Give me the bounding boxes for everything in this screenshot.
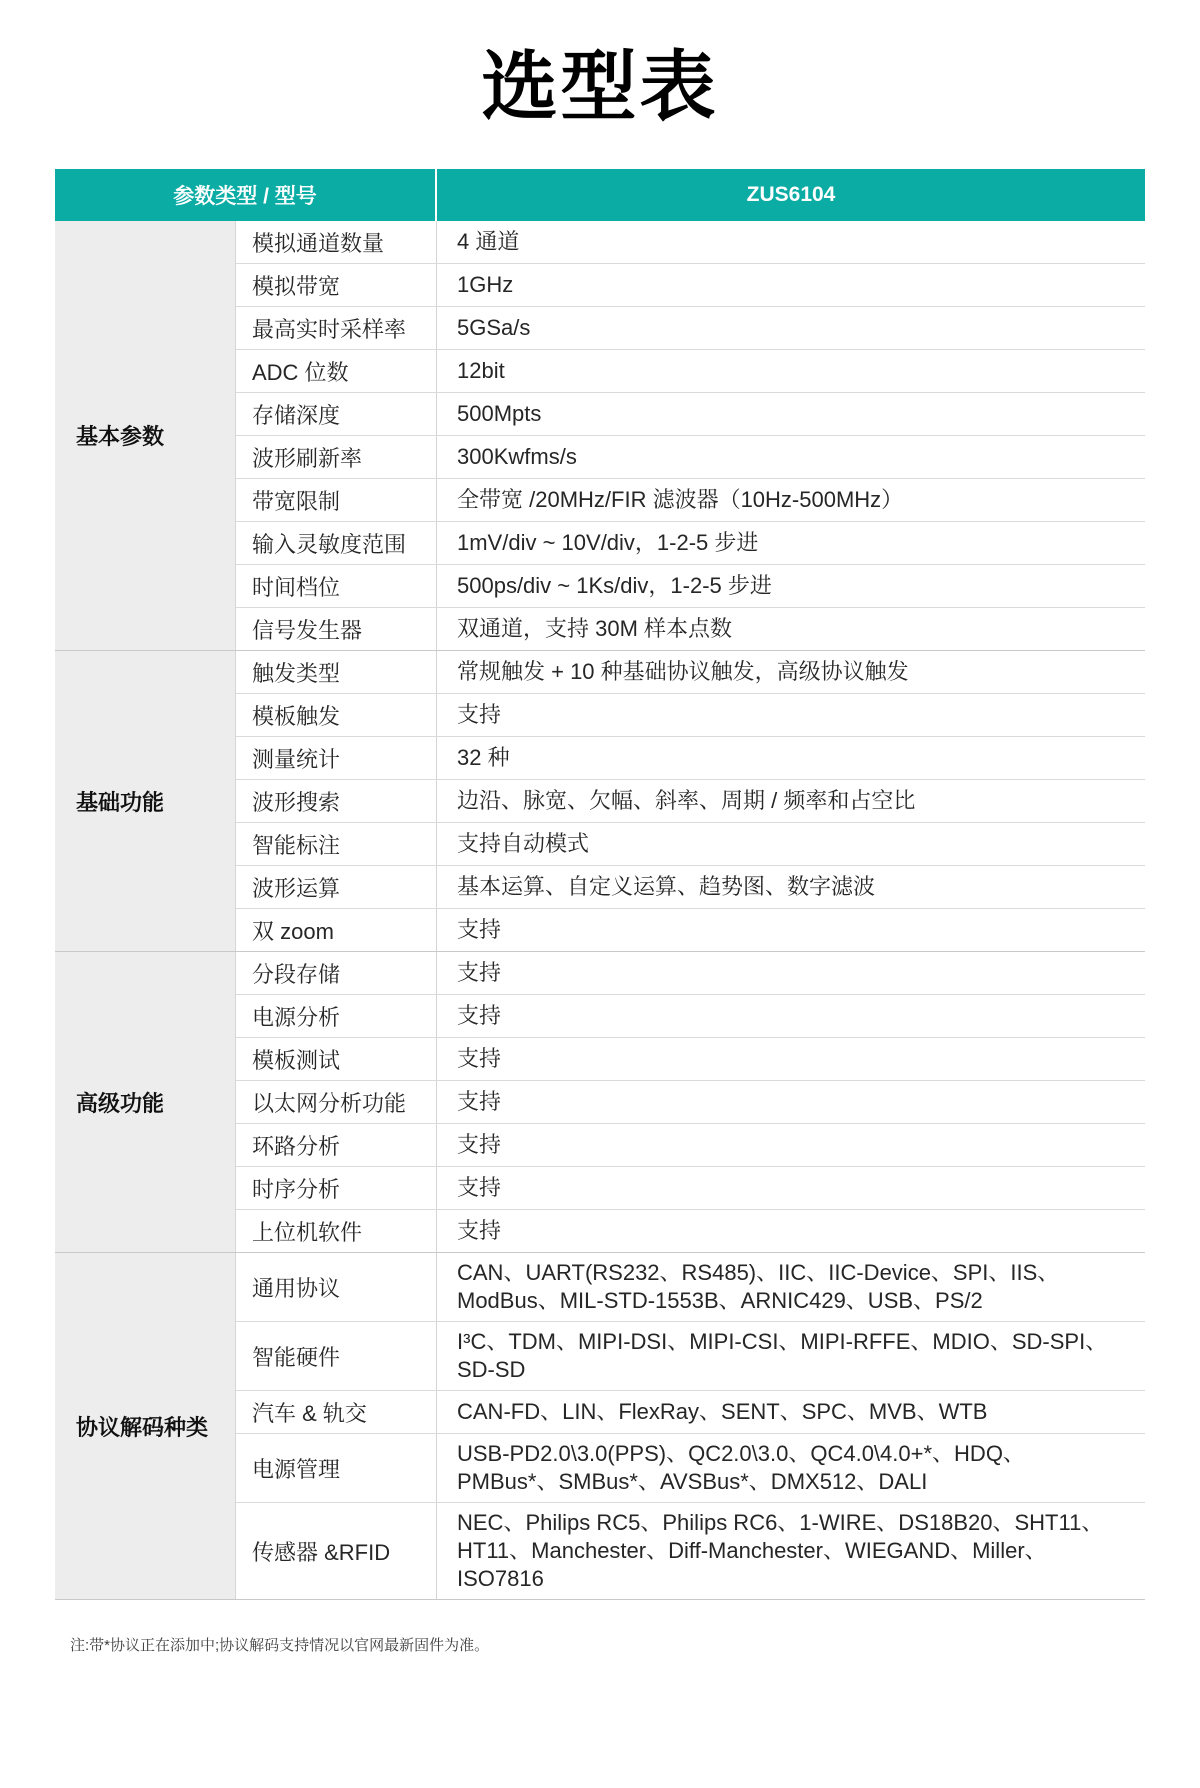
param-cell: 智能硬件 <box>236 1322 437 1390</box>
table-row: 分段存储支持 <box>236 952 1145 995</box>
value-cell: CAN-FD、LIN、FlexRay、SENT、SPC、MVB、WTB <box>437 1391 1145 1433</box>
value-cell: 双通道，支持 30M 样本点数 <box>437 608 1145 650</box>
param-cell: 电源管理 <box>236 1434 437 1502</box>
param-cell: 模拟带宽 <box>236 264 437 306</box>
table-row: 信号发生器双通道，支持 30M 样本点数 <box>236 608 1145 650</box>
table-section: 基础功能触发类型常规触发 + 10 种基础协议触发，高级协议触发模板触发支持测量… <box>55 650 1145 951</box>
table-row: 通用协议CAN、UART(RS232、RS485)、IIC、IIC-Device… <box>236 1253 1145 1322</box>
param-cell: 电源分析 <box>236 995 437 1037</box>
table-row: 波形运算基本运算、自定义运算、趋势图、数字滤波 <box>236 866 1145 909</box>
value-cell: 全带宽 /20MHz/FIR 滤波器（10Hz-500MHz） <box>437 479 1145 521</box>
table-row: 时序分析支持 <box>236 1167 1145 1210</box>
value-cell: 支持 <box>437 1210 1145 1252</box>
param-cell: 双 zoom <box>236 909 437 951</box>
param-cell: 带宽限制 <box>236 479 437 521</box>
value-cell: 支持 <box>437 909 1145 951</box>
value-cell: 支持自动模式 <box>437 823 1145 865</box>
section-rows: 通用协议CAN、UART(RS232、RS485)、IIC、IIC-Device… <box>236 1253 1145 1599</box>
category-cell: 基本参数 <box>55 221 236 650</box>
param-cell: 波形运算 <box>236 866 437 908</box>
param-cell: 传感器 &RFID <box>236 1503 437 1599</box>
table-row: 波形搜索边沿、脉宽、欠幅、斜率、周期 / 频率和占空比 <box>236 780 1145 823</box>
table-section: 基本参数模拟通道数量4 通道模拟带宽1GHz最高实时采样率5GSa/sADC 位… <box>55 221 1145 650</box>
value-cell: 支持 <box>437 694 1145 736</box>
table-row: 触发类型常规触发 + 10 种基础协议触发，高级协议触发 <box>236 651 1145 694</box>
param-cell: 测量统计 <box>236 737 437 779</box>
table-row: 智能硬件I³C、TDM、MIPI-DSI、MIPI-CSI、MIPI-RFFE、… <box>236 1322 1145 1391</box>
param-cell: 波形刷新率 <box>236 436 437 478</box>
table-row: 模拟带宽1GHz <box>236 264 1145 307</box>
section-rows: 触发类型常规触发 + 10 种基础协议触发，高级协议触发模板触发支持测量统计32… <box>236 651 1145 951</box>
category-cell: 协议解码种类 <box>55 1253 236 1599</box>
param-cell: 分段存储 <box>236 952 437 994</box>
param-cell: 时序分析 <box>236 1167 437 1209</box>
value-cell: 支持 <box>437 995 1145 1037</box>
value-cell: 边沿、脉宽、欠幅、斜率、周期 / 频率和占空比 <box>437 780 1145 822</box>
param-cell: ADC 位数 <box>236 350 437 392</box>
param-cell: 上位机软件 <box>236 1210 437 1252</box>
table-row: 模板触发支持 <box>236 694 1145 737</box>
value-cell: 支持 <box>437 1124 1145 1166</box>
param-cell: 汽车 & 轨交 <box>236 1391 437 1433</box>
page: 选型表 参数类型 / 型号 ZUS6104 基本参数模拟通道数量4 通道模拟带宽… <box>0 0 1200 1788</box>
table-row: 输入灵敏度范围1mV/div ~ 10V/div，1-2-5 步进 <box>236 522 1145 565</box>
table-header: 参数类型 / 型号 ZUS6104 <box>55 169 1145 221</box>
table-row: 带宽限制全带宽 /20MHz/FIR 滤波器（10Hz-500MHz） <box>236 479 1145 522</box>
param-cell: 最高实时采样率 <box>236 307 437 349</box>
value-cell: 5GSa/s <box>437 307 1145 349</box>
table-row: 以太网分析功能支持 <box>236 1081 1145 1124</box>
table-row: 双 zoom支持 <box>236 909 1145 951</box>
table-row: 模拟通道数量4 通道 <box>236 221 1145 264</box>
value-cell: 支持 <box>437 952 1145 994</box>
value-cell: 1GHz <box>437 264 1145 306</box>
table-row: 波形刷新率300Kwfms/s <box>236 436 1145 479</box>
value-cell: 基本运算、自定义运算、趋势图、数字滤波 <box>437 866 1145 908</box>
category-cell: 高级功能 <box>55 952 236 1252</box>
value-cell: 300Kwfms/s <box>437 436 1145 478</box>
header-model-zus6104: ZUS6104 <box>437 169 1145 221</box>
param-cell: 存储深度 <box>236 393 437 435</box>
value-cell: 1mV/div ~ 10V/div，1-2-5 步进 <box>437 522 1145 564</box>
value-cell: 500ps/div ~ 1Ks/div，1-2-5 步进 <box>437 565 1145 607</box>
value-cell: 常规触发 + 10 种基础协议触发，高级协议触发 <box>437 651 1145 693</box>
table-row: 存储深度500Mpts <box>236 393 1145 436</box>
param-cell: 信号发生器 <box>236 608 437 650</box>
table-row: 上位机软件支持 <box>236 1210 1145 1252</box>
table-row: 汽车 & 轨交CAN-FD、LIN、FlexRay、SENT、SPC、MVB、W… <box>236 1391 1145 1434</box>
value-cell: 500Mpts <box>437 393 1145 435</box>
table-body: 基本参数模拟通道数量4 通道模拟带宽1GHz最高实时采样率5GSa/sADC 位… <box>55 221 1145 1599</box>
table-row: ADC 位数12bit <box>236 350 1145 393</box>
section-rows: 模拟通道数量4 通道模拟带宽1GHz最高实时采样率5GSa/sADC 位数12b… <box>236 221 1145 650</box>
value-cell: 32 种 <box>437 737 1145 779</box>
header-param-type: 参数类型 / 型号 <box>55 169 437 221</box>
section-rows: 分段存储支持电源分析支持模板测试支持以太网分析功能支持环路分析支持时序分析支持上… <box>236 952 1145 1252</box>
param-cell: 模拟通道数量 <box>236 221 437 263</box>
value-cell: 12bit <box>437 350 1145 392</box>
page-title: 选型表 <box>0 26 1200 135</box>
value-cell: USB-PD2.0\3.0(PPS)、QC2.0\3.0、QC4.0\4.0+*… <box>437 1434 1145 1502</box>
value-cell: 支持 <box>437 1038 1145 1080</box>
table-row: 传感器 &RFIDNEC、Philips RC5、Philips RC6、1-W… <box>236 1503 1145 1599</box>
table-row: 测量统计32 种 <box>236 737 1145 780</box>
param-cell: 环路分析 <box>236 1124 437 1166</box>
param-cell: 时间档位 <box>236 565 437 607</box>
param-cell: 模板测试 <box>236 1038 437 1080</box>
table-row: 电源管理USB-PD2.0\3.0(PPS)、QC2.0\3.0、QC4.0\4… <box>236 1434 1145 1503</box>
table-section: 高级功能分段存储支持电源分析支持模板测试支持以太网分析功能支持环路分析支持时序分… <box>55 951 1145 1252</box>
value-cell: 支持 <box>437 1081 1145 1123</box>
value-cell: 4 通道 <box>437 221 1145 263</box>
value-cell: CAN、UART(RS232、RS485)、IIC、IIC-Device、SPI… <box>437 1253 1145 1321</box>
footnote: 注:带*协议正在添加中;协议解码支持情况以官网最新固件为准。 <box>70 1634 489 1655</box>
param-cell: 以太网分析功能 <box>236 1081 437 1123</box>
category-cell: 基础功能 <box>55 651 236 951</box>
value-cell: 支持 <box>437 1167 1145 1209</box>
table-row: 最高实时采样率5GSa/s <box>236 307 1145 350</box>
table-row: 智能标注支持自动模式 <box>236 823 1145 866</box>
table-row: 时间档位500ps/div ~ 1Ks/div，1-2-5 步进 <box>236 565 1145 608</box>
value-cell: I³C、TDM、MIPI-DSI、MIPI-CSI、MIPI-RFFE、MDIO… <box>437 1322 1145 1390</box>
table-row: 电源分析支持 <box>236 995 1145 1038</box>
selection-table: 参数类型 / 型号 ZUS6104 基本参数模拟通道数量4 通道模拟带宽1GHz… <box>55 169 1145 1600</box>
param-cell: 智能标注 <box>236 823 437 865</box>
param-cell: 触发类型 <box>236 651 437 693</box>
param-cell: 波形搜索 <box>236 780 437 822</box>
param-cell: 通用协议 <box>236 1253 437 1321</box>
table-section: 协议解码种类通用协议CAN、UART(RS232、RS485)、IIC、IIC-… <box>55 1252 1145 1599</box>
param-cell: 模板触发 <box>236 694 437 736</box>
value-cell: NEC、Philips RC5、Philips RC6、1-WIRE、DS18B… <box>437 1503 1145 1599</box>
table-row: 模板测试支持 <box>236 1038 1145 1081</box>
param-cell: 输入灵敏度范围 <box>236 522 437 564</box>
table-row: 环路分析支持 <box>236 1124 1145 1167</box>
